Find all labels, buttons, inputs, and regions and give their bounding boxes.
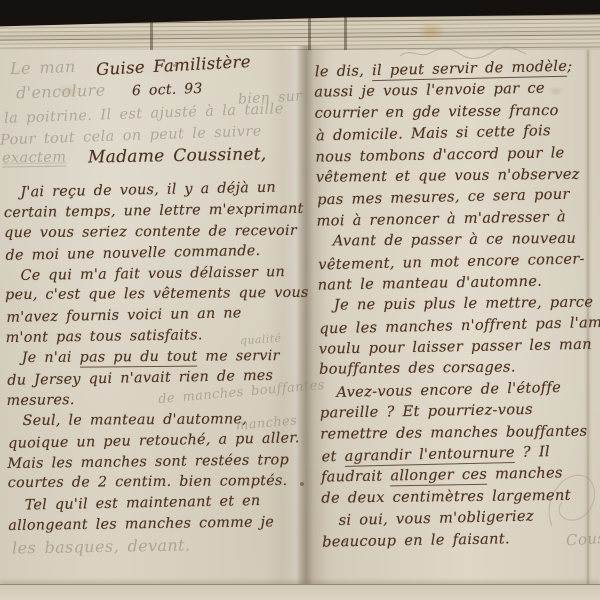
pencil-fragment: Cousi	[565, 528, 600, 549]
page-bottom-edge	[0, 584, 600, 600]
pencil-fragment: Le man	[10, 57, 76, 78]
pencil-fragment: les basques, devant.	[12, 535, 191, 557]
right-page-body-text: le dis, il peut servir de modèle;aussi j…	[314, 55, 600, 552]
page-edge-notch	[308, 12, 311, 56]
handwritten-line: allongeant les manches comme je	[8, 512, 304, 537]
left-page-body-text: J'ai reçu de vous, il y a déjà uncertain…	[4, 178, 305, 537]
pencil-fragment: la poitrine. Il est ajusté à la taille	[4, 101, 284, 127]
photo-of-open-letter-book: Guise Familistère 6 oct. 93 Madame Couss…	[0, 0, 600, 600]
pencil-fragment: exactem	[2, 149, 67, 167]
page-edge-notch	[344, 12, 347, 52]
salutation: Madame Coussinet,	[88, 144, 267, 167]
pencil-fragment: d'encolure	[16, 80, 106, 102]
letter-date: 6 oct. 93	[132, 81, 203, 99]
